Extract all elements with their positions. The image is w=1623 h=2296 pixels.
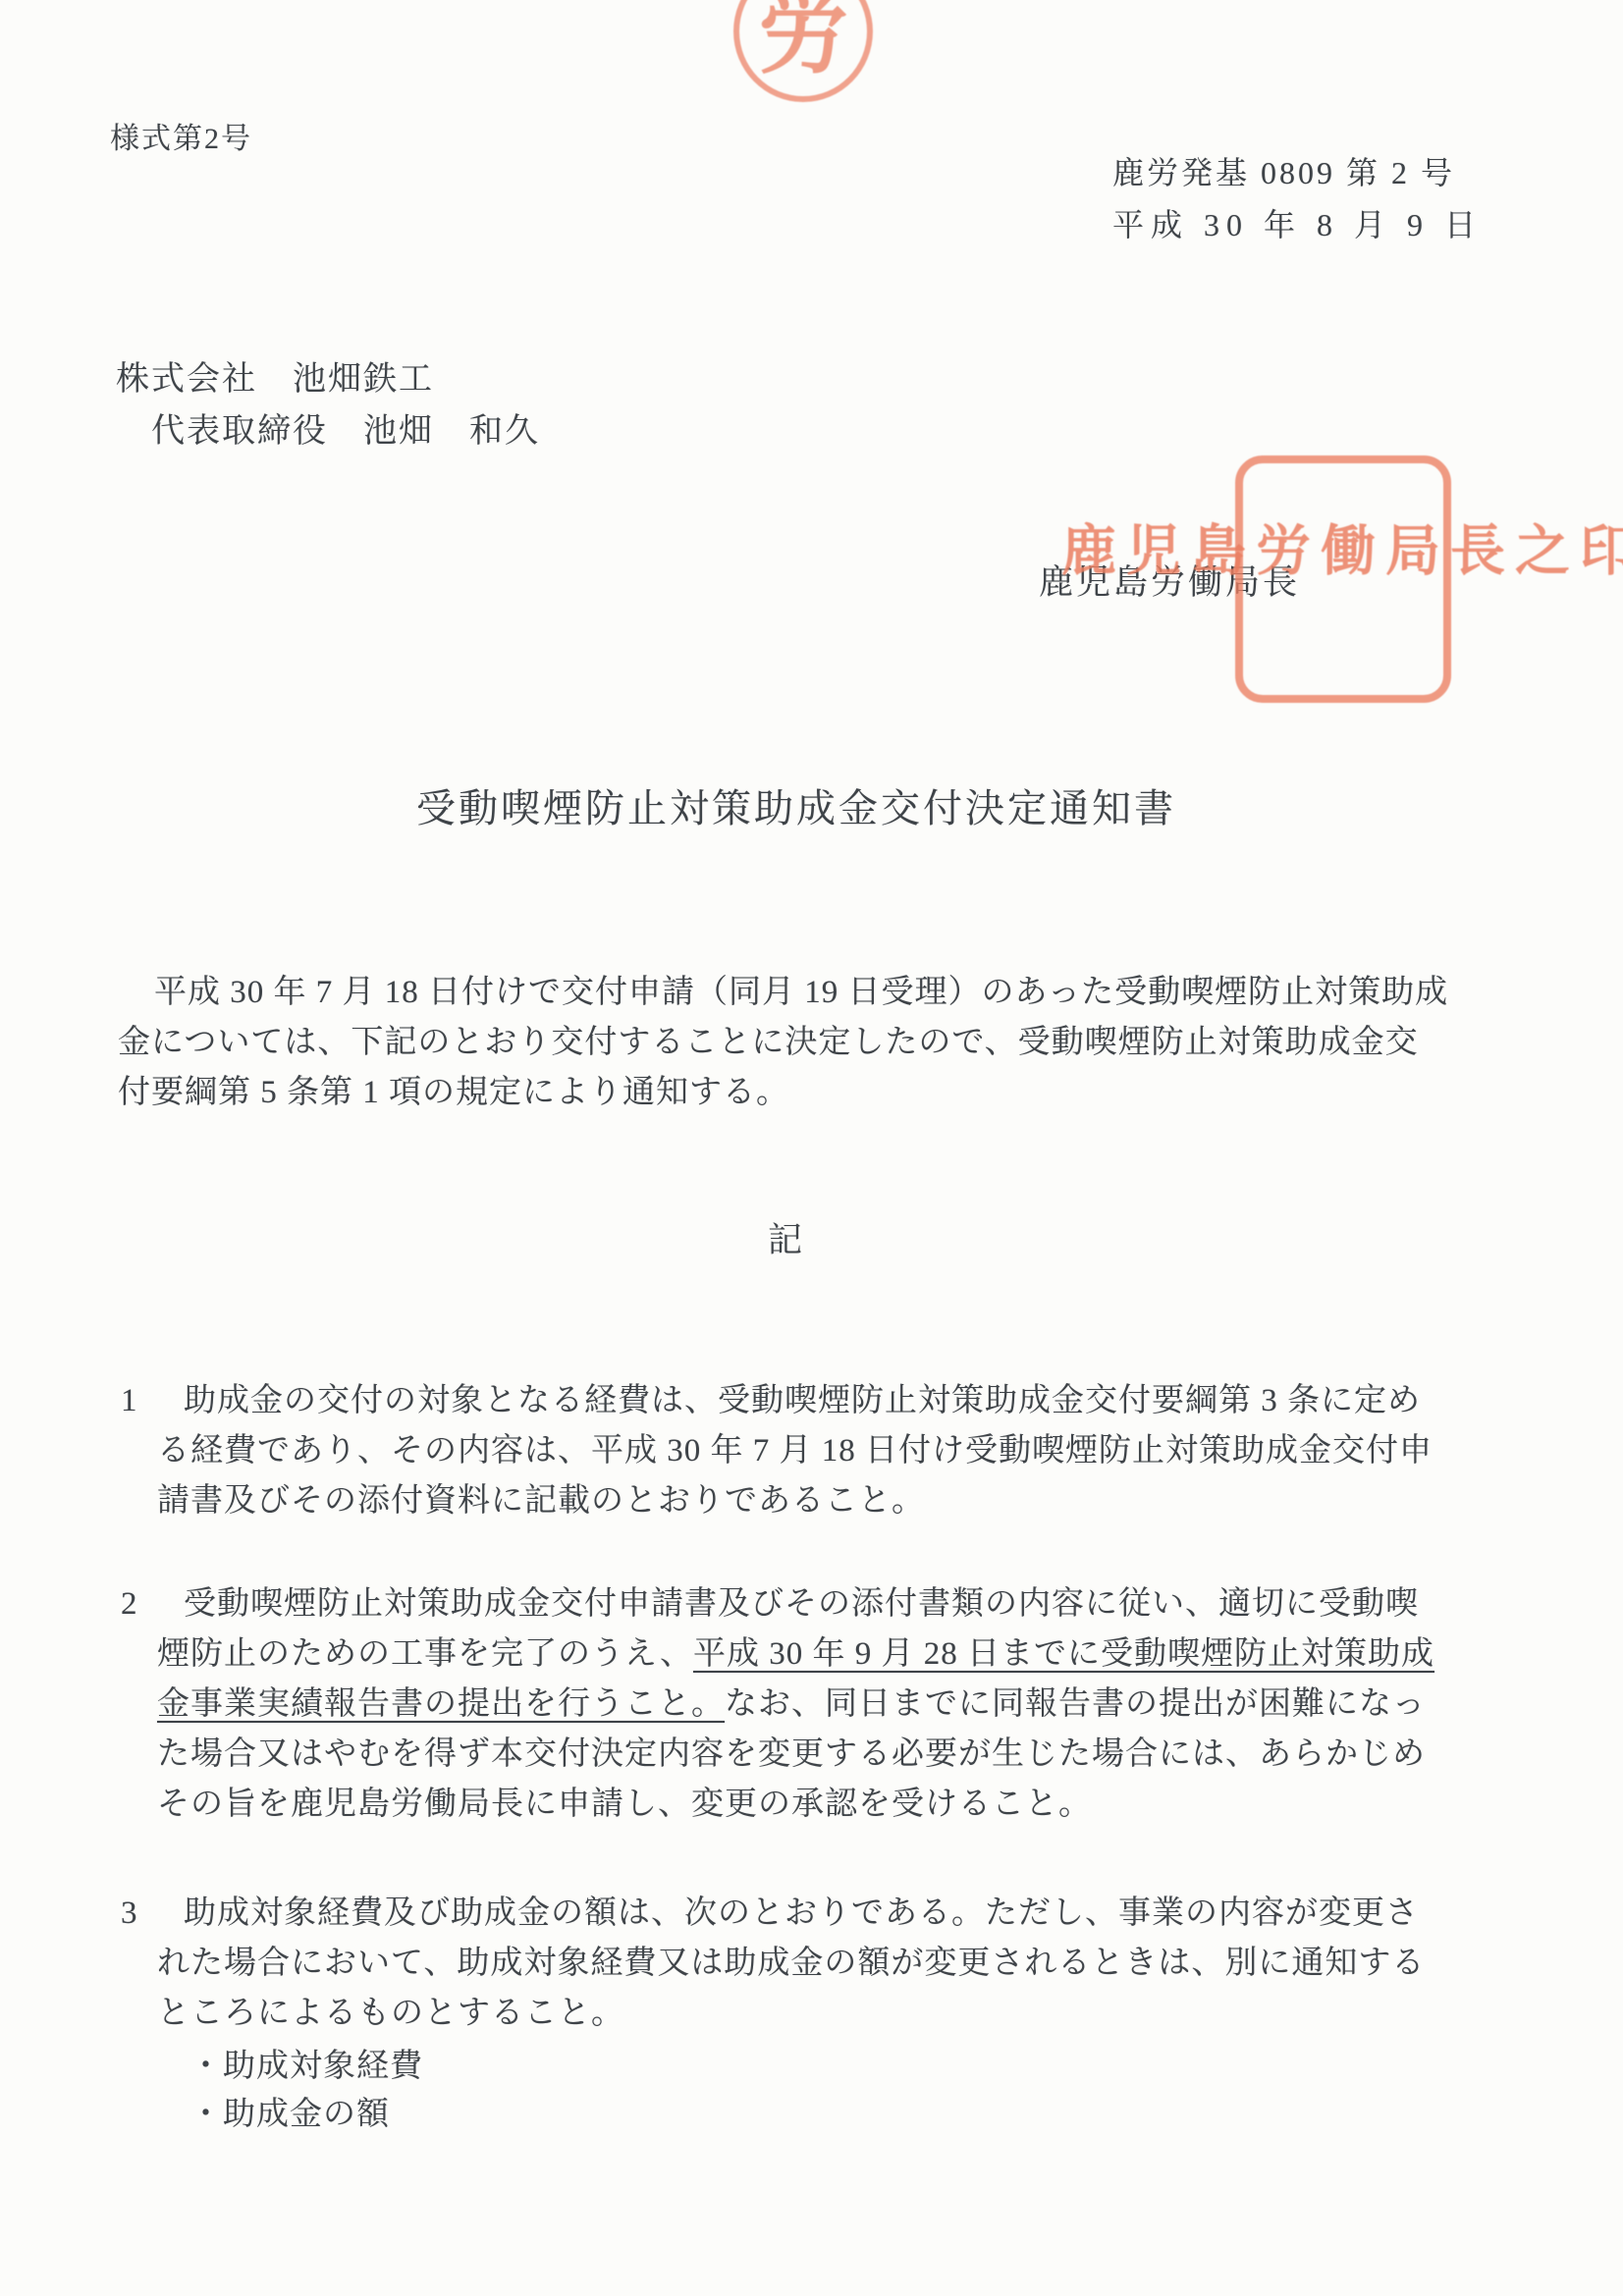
sub-bullet-list: ・助成対象経費 ・助成金の額 [189,2043,423,2139]
intro-line: 金については、下記のとおり交付することに決定したので、受動喫煙防止対策助成金交 [118,1018,1448,1068]
intro-line: 平成 30 年 7 月 18 日付けで交付申請（同月 19 日受理）のあった受動… [118,968,1448,1018]
item-line: 2受動喫煙防止対策助成金交付申請書及びその添付書類の内容に従い、適切に受動喫 [121,1579,1434,1629]
item-line: た場合又はやむを得ず本交付決定内容を変更する必要が生じた場合には、あらかじめ [157,1730,1434,1780]
square-seal-text: 鹿児島労働局長之印 [1052,521,1623,637]
item-number: 3 [121,1889,184,1939]
bullet-item: ・助成対象経費 [189,2043,423,2091]
recipient-company: 株式会社 池畑鉄工 [116,353,540,405]
item-text: 受動喫煙防止対策助成金交付申請書及びその添付書類の内容に従い、適切に受動喫 [184,1586,1419,1622]
intro-line: 付要綱第 5 条第 1 項の規定により通知する。 [118,1068,1448,1118]
item-text: 助成対象経費及び助成金の額は、次のとおりである。ただし、事業の内容が変更さ [184,1896,1419,1931]
item-number: 2 [121,1579,184,1629]
reference-block: 鹿労発基 0809 第 2 号 平成 30 年 8 月 9 日 [1112,147,1483,251]
item-2: 2受動喫煙防止対策助成金交付申請書及びその添付書類の内容に従い、適切に受動喫 煙… [121,1579,1434,1830]
recipient-block: 株式会社 池畑鉄工 代表取締役 池畑 和久 [116,353,540,457]
item-line: 請書及びその添付資料に記載のとおりであること。 [157,1476,1433,1526]
ki-heading: 記 [768,1215,804,1265]
official-square-seal: 鹿児島労働局長之印 [1235,455,1451,703]
round-receipt-stamp: 労 [733,0,873,102]
item-text: なお、同日までに同報告書の提出が困難になっ [725,1686,1426,1722]
item-line: ところによるものとすること。 [157,1989,1425,2039]
item-text-underlined: 金事業実績報告書の提出を行うこと。 [157,1686,725,1722]
item-text: 煙防止のための工事を完了のうえ、 [157,1636,693,1672]
item-text: ところによるものとすること。 [157,1996,624,2031]
item-text-underlined: 平成 30 年 9 月 28 日までに受動喫煙防止対策助成 [693,1636,1434,1672]
document-ref-number: 鹿労発基 0809 第 2 号 [1112,147,1483,199]
item-line: 金事業実績報告書の提出を行うこと。なお、同日までに同報告書の提出が困難になっ [157,1680,1434,1730]
item-line: 1助成金の交付の対象となる経費は、受動喫煙防止対策助成金交付要綱第 3 条に定め [121,1376,1433,1426]
item-text: れた場合において、助成対象経費又は助成金の額が変更されるときは、別に通知する [157,1946,1425,1981]
scanned-document-page: 労 様式第2号 鹿労発基 0809 第 2 号 平成 30 年 8 月 9 日 … [0,0,1623,2296]
item-3: 3助成対象経費及び助成金の額は、次のとおりである。ただし、事業の内容が変更さ れ… [121,1889,1425,2039]
item-text: 助成金の交付の対象となる経費は、受動喫煙防止対策助成金交付要綱第 3 条に定め [184,1383,1421,1418]
item-line: れた場合において、助成対象経費又は助成金の額が変更されるときは、別に通知する [157,1939,1425,1989]
recipient-representative: 代表取締役 池畑 和久 [151,405,540,457]
item-line: その旨を鹿児島労働局長に申請し、変更の承認を受けること。 [157,1780,1434,1830]
item-line: 3助成対象経費及び助成金の額は、次のとおりである。ただし、事業の内容が変更さ [121,1889,1425,1939]
intro-paragraph: 平成 30 年 7 月 18 日付けで交付申請（同月 19 日受理）のあった受動… [118,968,1448,1118]
bullet-item: ・助成金の額 [189,2091,423,2139]
item-line: 煙防止のための工事を完了のうえ、平成 30 年 9 月 28 日までに受動喫煙防… [157,1629,1434,1680]
item-text: 請書及びその添付資料に記載のとおりであること。 [157,1483,925,1519]
item-text: る経費であり、その内容は、平成 30 年 7 月 18 日付け受動喫煙防止対策助… [157,1433,1433,1468]
document-date: 平成 30 年 8 月 9 日 [1112,199,1483,251]
receipt-stamp-glyph: 労 [758,0,848,91]
item-line: る経費であり、その内容は、平成 30 年 7 月 18 日付け受動喫煙防止対策助… [157,1426,1433,1476]
item-text: その旨を鹿児島労働局長に申請し、変更の承認を受けること。 [157,1787,1092,1822]
item-number: 1 [121,1376,184,1426]
document-title: 受動喫煙防止対策助成金交付決定通知書 [416,777,1176,833]
item-text: た場合又はやむを得ず本交付決定内容を変更する必要が生じた場合には、あらかじめ [157,1736,1426,1772]
item-1: 1助成金の交付の対象となる経費は、受動喫煙防止対策助成金交付要綱第 3 条に定め… [121,1376,1433,1526]
form-number: 様式第2号 [110,114,252,165]
